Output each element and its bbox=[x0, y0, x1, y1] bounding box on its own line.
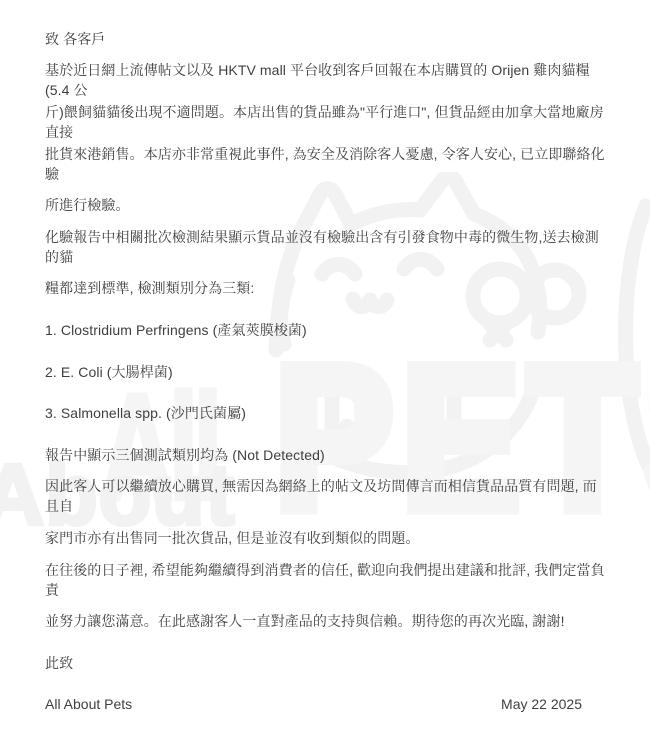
company-signature: All About Pets bbox=[45, 696, 132, 712]
notice-letter-page: All PETS About 致 各客戶 基於近日網上流傳帖文以及 HKTV m… bbox=[0, 0, 650, 750]
doc-line: 斤)餵飼貓貓後出現不適問題。本店出售的貨品雖為"平行進口", 但貨品經由加拿大當… bbox=[45, 101, 608, 143]
list-item-1: 1. Clostridium Perfringens (產氣莢膜梭菌) bbox=[45, 309, 608, 351]
doc-line: 並努力讓您滿意。在此感謝客人一直對產品的支持與信賴。期待您的再次光臨, 謝謝! bbox=[45, 600, 608, 642]
doc-line: 批貨來港銷售。本店亦非常重視此事件, 為安全及消除客人憂慮, 令客人安心, 已立… bbox=[45, 143, 608, 185]
closing-line: 此致 bbox=[45, 642, 608, 684]
doc-line: 化驗報告中相關批次檢測結果顯示貨品並沒有檢驗出含有引發食物中毒的微生物,送去檢測… bbox=[45, 226, 608, 268]
doc-line: 糧都達到標準, 檢測類別分為三類: bbox=[45, 268, 608, 310]
doc-line: 報告中顯示三個測試類別均為 (Not Detected) bbox=[45, 434, 608, 476]
letter-date: May 22 2025 bbox=[501, 696, 582, 712]
list-item-3: 3. Salmonella spp. (沙門氏菌屬) bbox=[45, 392, 608, 434]
doc-line: 基於近日網上流傳帖文以及 HKTV mall 平台收到客戶回報在本店購買的 Or… bbox=[45, 60, 608, 102]
signature-row: All About Pets May 22 2025 bbox=[45, 684, 608, 726]
salutation-line: 致 各客戶 bbox=[45, 18, 608, 60]
doc-line: 在往後的日子裡, 希望能夠繼續得到消費者的信任, 歡迎向我們提出建議和批評, 我… bbox=[45, 559, 608, 601]
doc-line: 因此客人可以繼續放心購買, 無需因為網絡上的帖文及坊間傳言而相信貨品品質有問題,… bbox=[45, 476, 608, 518]
doc-line: 家門市亦有出售同一批次貨品, 但是並沒有收到類似的問題。 bbox=[45, 517, 608, 559]
letter-body: 致 各客戶 基於近日網上流傳帖文以及 HKTV mall 平台收到客戶回報在本店… bbox=[45, 18, 608, 725]
list-item-2: 2. E. Coli (大腸桿菌) bbox=[45, 351, 608, 393]
doc-line: 所進行檢驗。 bbox=[45, 184, 608, 226]
